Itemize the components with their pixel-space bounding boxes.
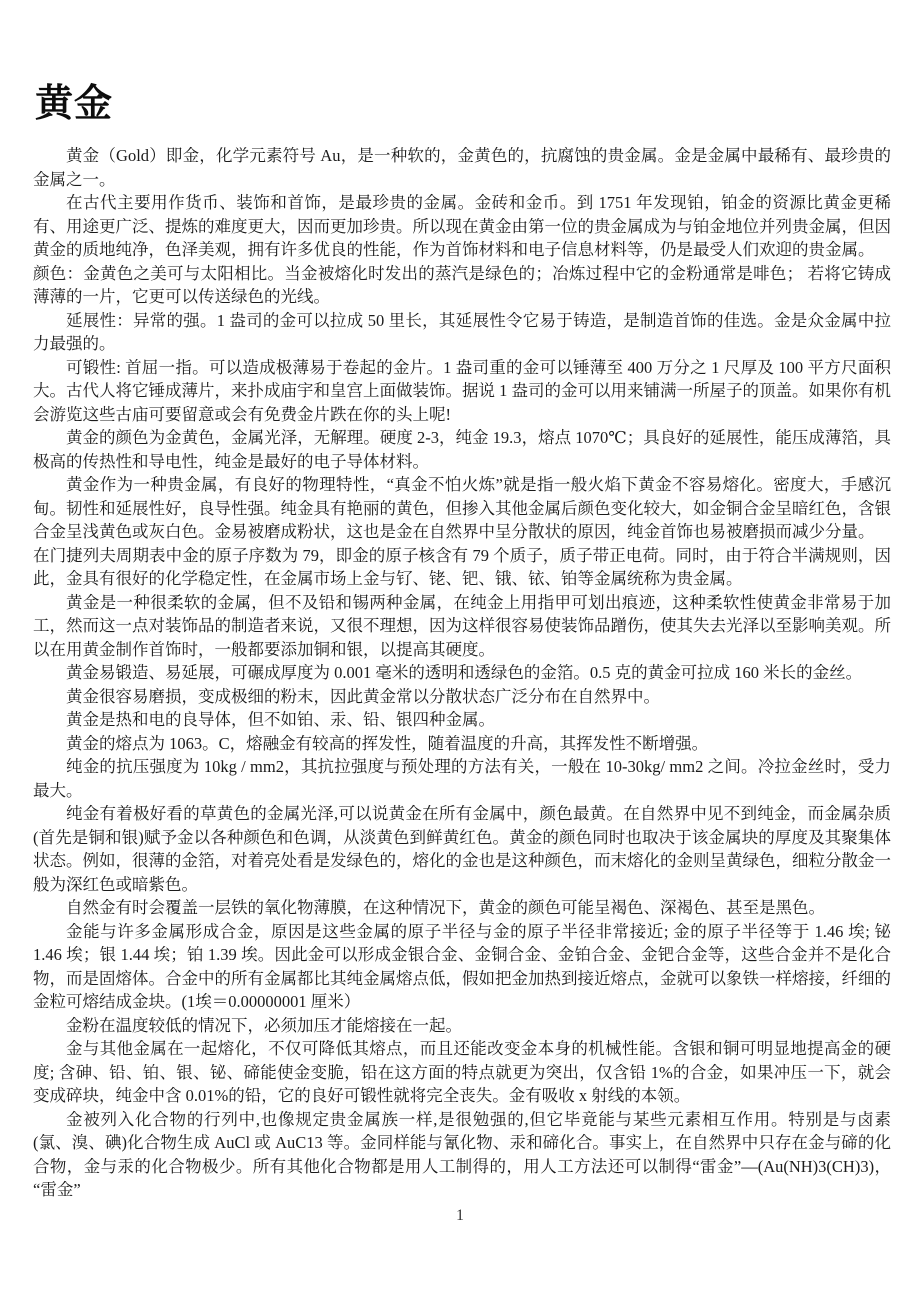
paragraph-periodic-table: 在门捷列夫周期表中金的原子序数为 79，即金的原子核含有 79 个质子，质子带正…: [33, 544, 891, 591]
paragraph-melting-alloys: 金与其他金属在一起熔化，不仅可降低其熔点，而且还能改变金本身的机械性能。含银和铜…: [33, 1037, 891, 1108]
paragraph-wear: 黄金很容易磨损，变成极细的粉末，因此黄金常以分散状态广泛分布在自然界中。: [33, 685, 891, 709]
paragraph-intro: 黄金（Gold）即金，化学元素符号 Au，是一种软的，金黄色的，抗腐蚀的贵金属。…: [33, 144, 891, 191]
paragraph-malleability: 可锻性: 首屈一指。可以造成极薄易于卷起的金片。1 盎司重的金可以锤薄至 400…: [33, 356, 891, 427]
paragraph-luster: 纯金有着极好看的草黄色的金属光泽,可以说黄金在所有金属中，颜色最黄。在自然界中见…: [33, 802, 891, 896]
paragraph-history: 在古代主要用作货币、装饰和首饰，是最珍贵的金属。金砖和金币。到 1751 年发现…: [33, 191, 891, 262]
paragraph-gold-powder: 金粉在温度较低的情况下，必须加压才能熔接在一起。: [33, 1014, 891, 1038]
paragraph-color: 颜色：金黄色之美可与太阳相比。当金被熔化时发出的蒸汽是绿色的；冶炼过程中它的金粉…: [33, 262, 891, 309]
paragraph-properties: 黄金的颜色为金黄色，金属光泽，无解理。硬度 2-3，纯金 19.3，熔点 107…: [33, 426, 891, 473]
paragraph-compounds: 金被列入化合物的行列中,也像规定贵金属族一样,是很勉强的,但它毕竟能与某些元素相…: [33, 1108, 891, 1202]
paragraph-conductor: 黄金是热和电的良导体，但不如铂、汞、铅、银四种金属。: [33, 708, 891, 732]
paragraph-softness: 黄金是一种很柔软的金属，但不及铅和锡两种金属，在纯金上用指甲可划出痕迹，这种柔软…: [33, 591, 891, 662]
paragraph-physical: 黄金作为一种贵金属，有良好的物理特性，“真金不怕火炼”就是指一般火焰下黄金不容易…: [33, 473, 891, 544]
paragraph-melting-point: 黄金的熔点为 1063。C，熔融金有较高的挥发性，随着温度的升高，其挥发性不断增…: [33, 732, 891, 756]
paragraph-alloys: 金能与许多金属形成合金，原因是这些金属的原子半径与金的原子半径非常接近; 金的原…: [33, 920, 891, 1014]
paragraph-strength: 纯金的抗压强度为 10kg / mm2，其抗拉强度与预处理的方法有关，一般在 1…: [33, 755, 891, 802]
paragraph-ductility: 延展性：异常的强。1 盎司的金可以拉成 50 里长，其延展性令它易于铸造，是制造…: [33, 309, 891, 356]
document-body: 黄金（Gold）即金，化学元素符号 Au，是一种软的，金黄色的，抗腐蚀的贵金属。…: [33, 144, 891, 1202]
page-number: 1: [0, 1206, 920, 1226]
paragraph-oxide-film: 自然金有时会覆盖一层铁的氧化物薄膜，在这种情况下，黄金的颜色可能呈褐色、深褐色、…: [33, 896, 891, 920]
document-title: 黄金: [35, 82, 891, 126]
document-content: 黄金 黄金（Gold）即金，化学元素符号 Au，是一种软的，金黄色的，抗腐蚀的贵…: [33, 82, 891, 1202]
paragraph-foil: 黄金易锻造、易延展，可碾成厚度为 0.001 毫米的透明和透绿色的金箔。0.5 …: [33, 661, 891, 685]
document-page: 黄金 黄金（Gold）即金，化学元素符号 Au，是一种软的，金黄色的，抗腐蚀的贵…: [0, 0, 920, 1302]
